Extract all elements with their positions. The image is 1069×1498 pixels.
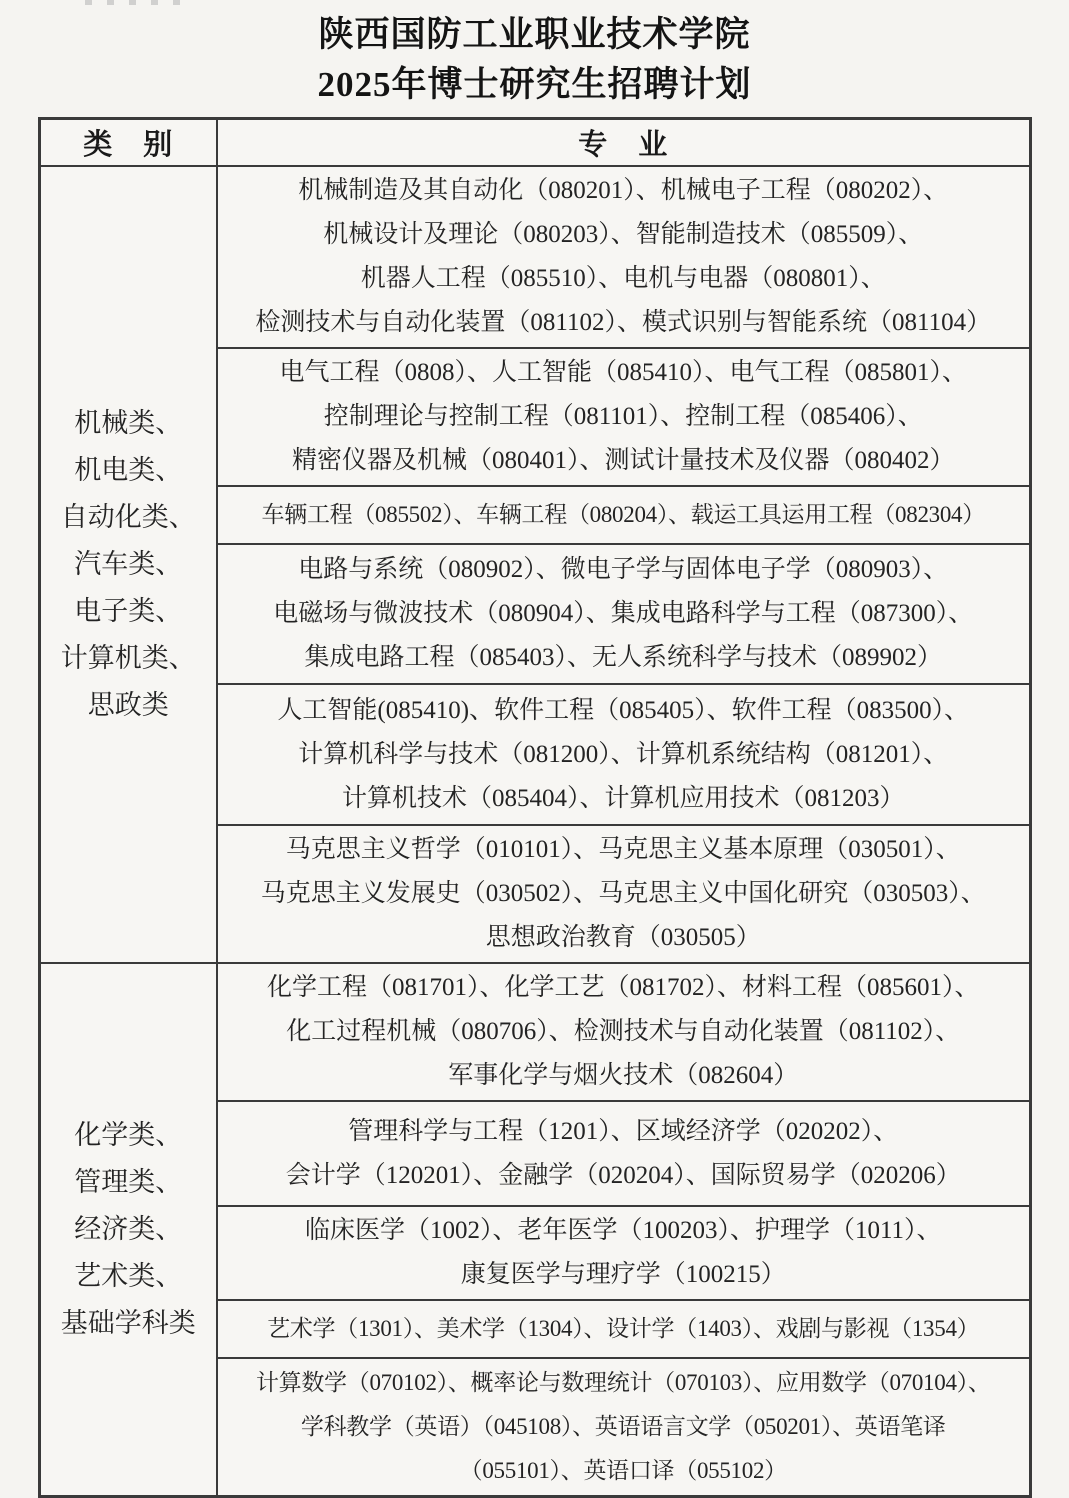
category-cell-group2: 化学类、 管理类、 经济类、 艺术类、 基础学科类 [40, 963, 217, 1497]
recruitment-plan-table: 类 别 专 业 机械类、 机电类、 自动化类、 汽车类、 电子类、 计算机类、 … [38, 117, 1032, 1498]
major-cell-medical: 临床医学（1002）、老年医学（100203）、护理学（1011）、 康复医学与… [217, 1206, 1031, 1300]
document-page: 陕西国防工业职业技术学院 2025年博士研究生招聘计划 类 别 专 业 机械类、… [0, 0, 1069, 1498]
header-category: 类 别 [40, 119, 217, 167]
category-cell-group1: 机械类、 机电类、 自动化类、 汽车类、 电子类、 计算机类、 思政类 [40, 166, 217, 963]
major-cell-math-language: 计算数学（070102）、概率论与数理统计（070103）、应用数学（07010… [217, 1358, 1031, 1497]
major-cell-electrical: 电气工程（0808）、人工智能（085410）、电气工程（085801）、 控制… [217, 348, 1031, 486]
major-cell-vehicle: 车辆工程（085502）、车辆工程（080204）、载运工具运用工程（08230… [217, 486, 1031, 544]
document-title: 陕西国防工业职业技术学院 2025年博士研究生招聘计划 [0, 0, 1069, 110]
major-cell-chemical: 化学工程（081701）、化学工艺（081702）、材料工程（085601）、 … [217, 963, 1031, 1101]
major-cell-computer: 人工智能(085410)、软件工程（085405）、软件工程（083500）、 … [217, 684, 1031, 825]
major-cell-management: 管理科学与工程（1201）、区域经济学（020202）、 会计学（120201）… [217, 1101, 1031, 1206]
header-major: 专 业 [217, 119, 1031, 167]
major-cell-marxism: 马克思主义哲学（010101）、马克思主义基本原理（030501）、 马克思主义… [217, 825, 1031, 963]
major-cell-arts: 艺术学（1301）、美术学（1304）、设计学（1403）、戏剧与影视（1354… [217, 1300, 1031, 1358]
major-cell-mechanical: 机械制造及其自动化（080201）、机械电子工程（080202）、 机械设计及理… [217, 166, 1031, 348]
table-row: 化学类、 管理类、 经济类、 艺术类、 基础学科类 化学工程（081701）、化… [40, 963, 1031, 1101]
header-row: 类 别 专 业 [40, 119, 1031, 167]
table-row: 机械类、 机电类、 自动化类、 汽车类、 电子类、 计算机类、 思政类 机械制造… [40, 166, 1031, 348]
major-cell-circuits: 电路与系统（080902）、微电子学与固体电子学（080903）、 电磁场与微波… [217, 544, 1031, 684]
title-line-2: 2025年博士研究生招聘计划 [0, 60, 1069, 110]
cropped-text-remnant [85, 0, 190, 5]
title-line-1: 陕西国防工业职业技术学院 [0, 10, 1069, 60]
